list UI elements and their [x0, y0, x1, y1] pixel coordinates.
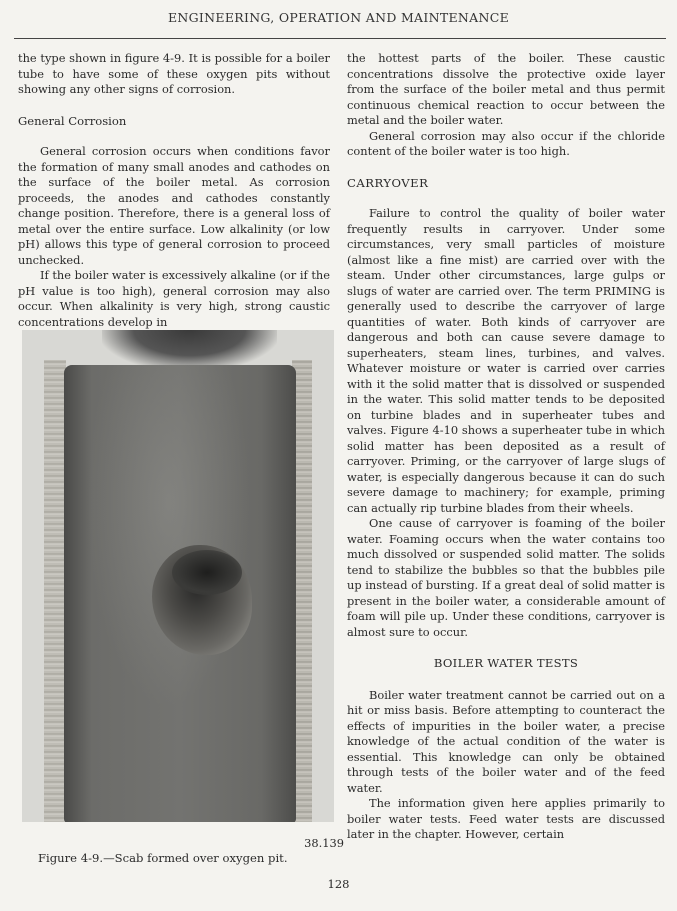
- figure-caption: Figure 4-9.—Scab formed over oxygen pit.: [38, 851, 288, 865]
- paragraph: The information given here applies prima…: [347, 796, 665, 843]
- paragraph: If the boiler water is excessively alkal…: [18, 268, 330, 330]
- section-heading-general-corrosion: General Corrosion: [18, 114, 330, 130]
- right-column: the hottest parts of the boiler. These c…: [347, 51, 665, 843]
- running-header: ENGINEERING, OPERATION AND MAINTENANCE: [0, 10, 677, 25]
- paragraph: Boiler water treatment cannot be carried…: [347, 688, 665, 797]
- paragraph: General corrosion occurs when conditions…: [18, 144, 330, 268]
- paragraph: One cause of carryover is foaming of the…: [347, 516, 665, 640]
- left-column: the type shown in figure 4-9. It is poss…: [18, 51, 330, 330]
- paragraph: General corrosion may also occur if the …: [347, 129, 665, 160]
- photo-shadow: [102, 330, 277, 370]
- tube-edge-left: [44, 360, 66, 822]
- section-heading-carryover: CARRYOVER: [347, 176, 665, 192]
- page-number: 128: [0, 877, 677, 891]
- continuation-paragraph: the hottest parts of the boiler. These c…: [347, 51, 665, 129]
- figure-number: 38.139: [304, 836, 344, 850]
- section-heading-boiler-water-tests: BOILER WATER TESTS: [347, 656, 665, 672]
- oxygen-pit-shadow: [172, 550, 242, 595]
- paragraph: Failure to control the quality of boiler…: [347, 206, 665, 516]
- figure-photo-boiler-tube: [22, 330, 334, 822]
- header-rule: [14, 38, 666, 39]
- intro-paragraph: the type shown in figure 4-9. It is poss…: [18, 51, 330, 98]
